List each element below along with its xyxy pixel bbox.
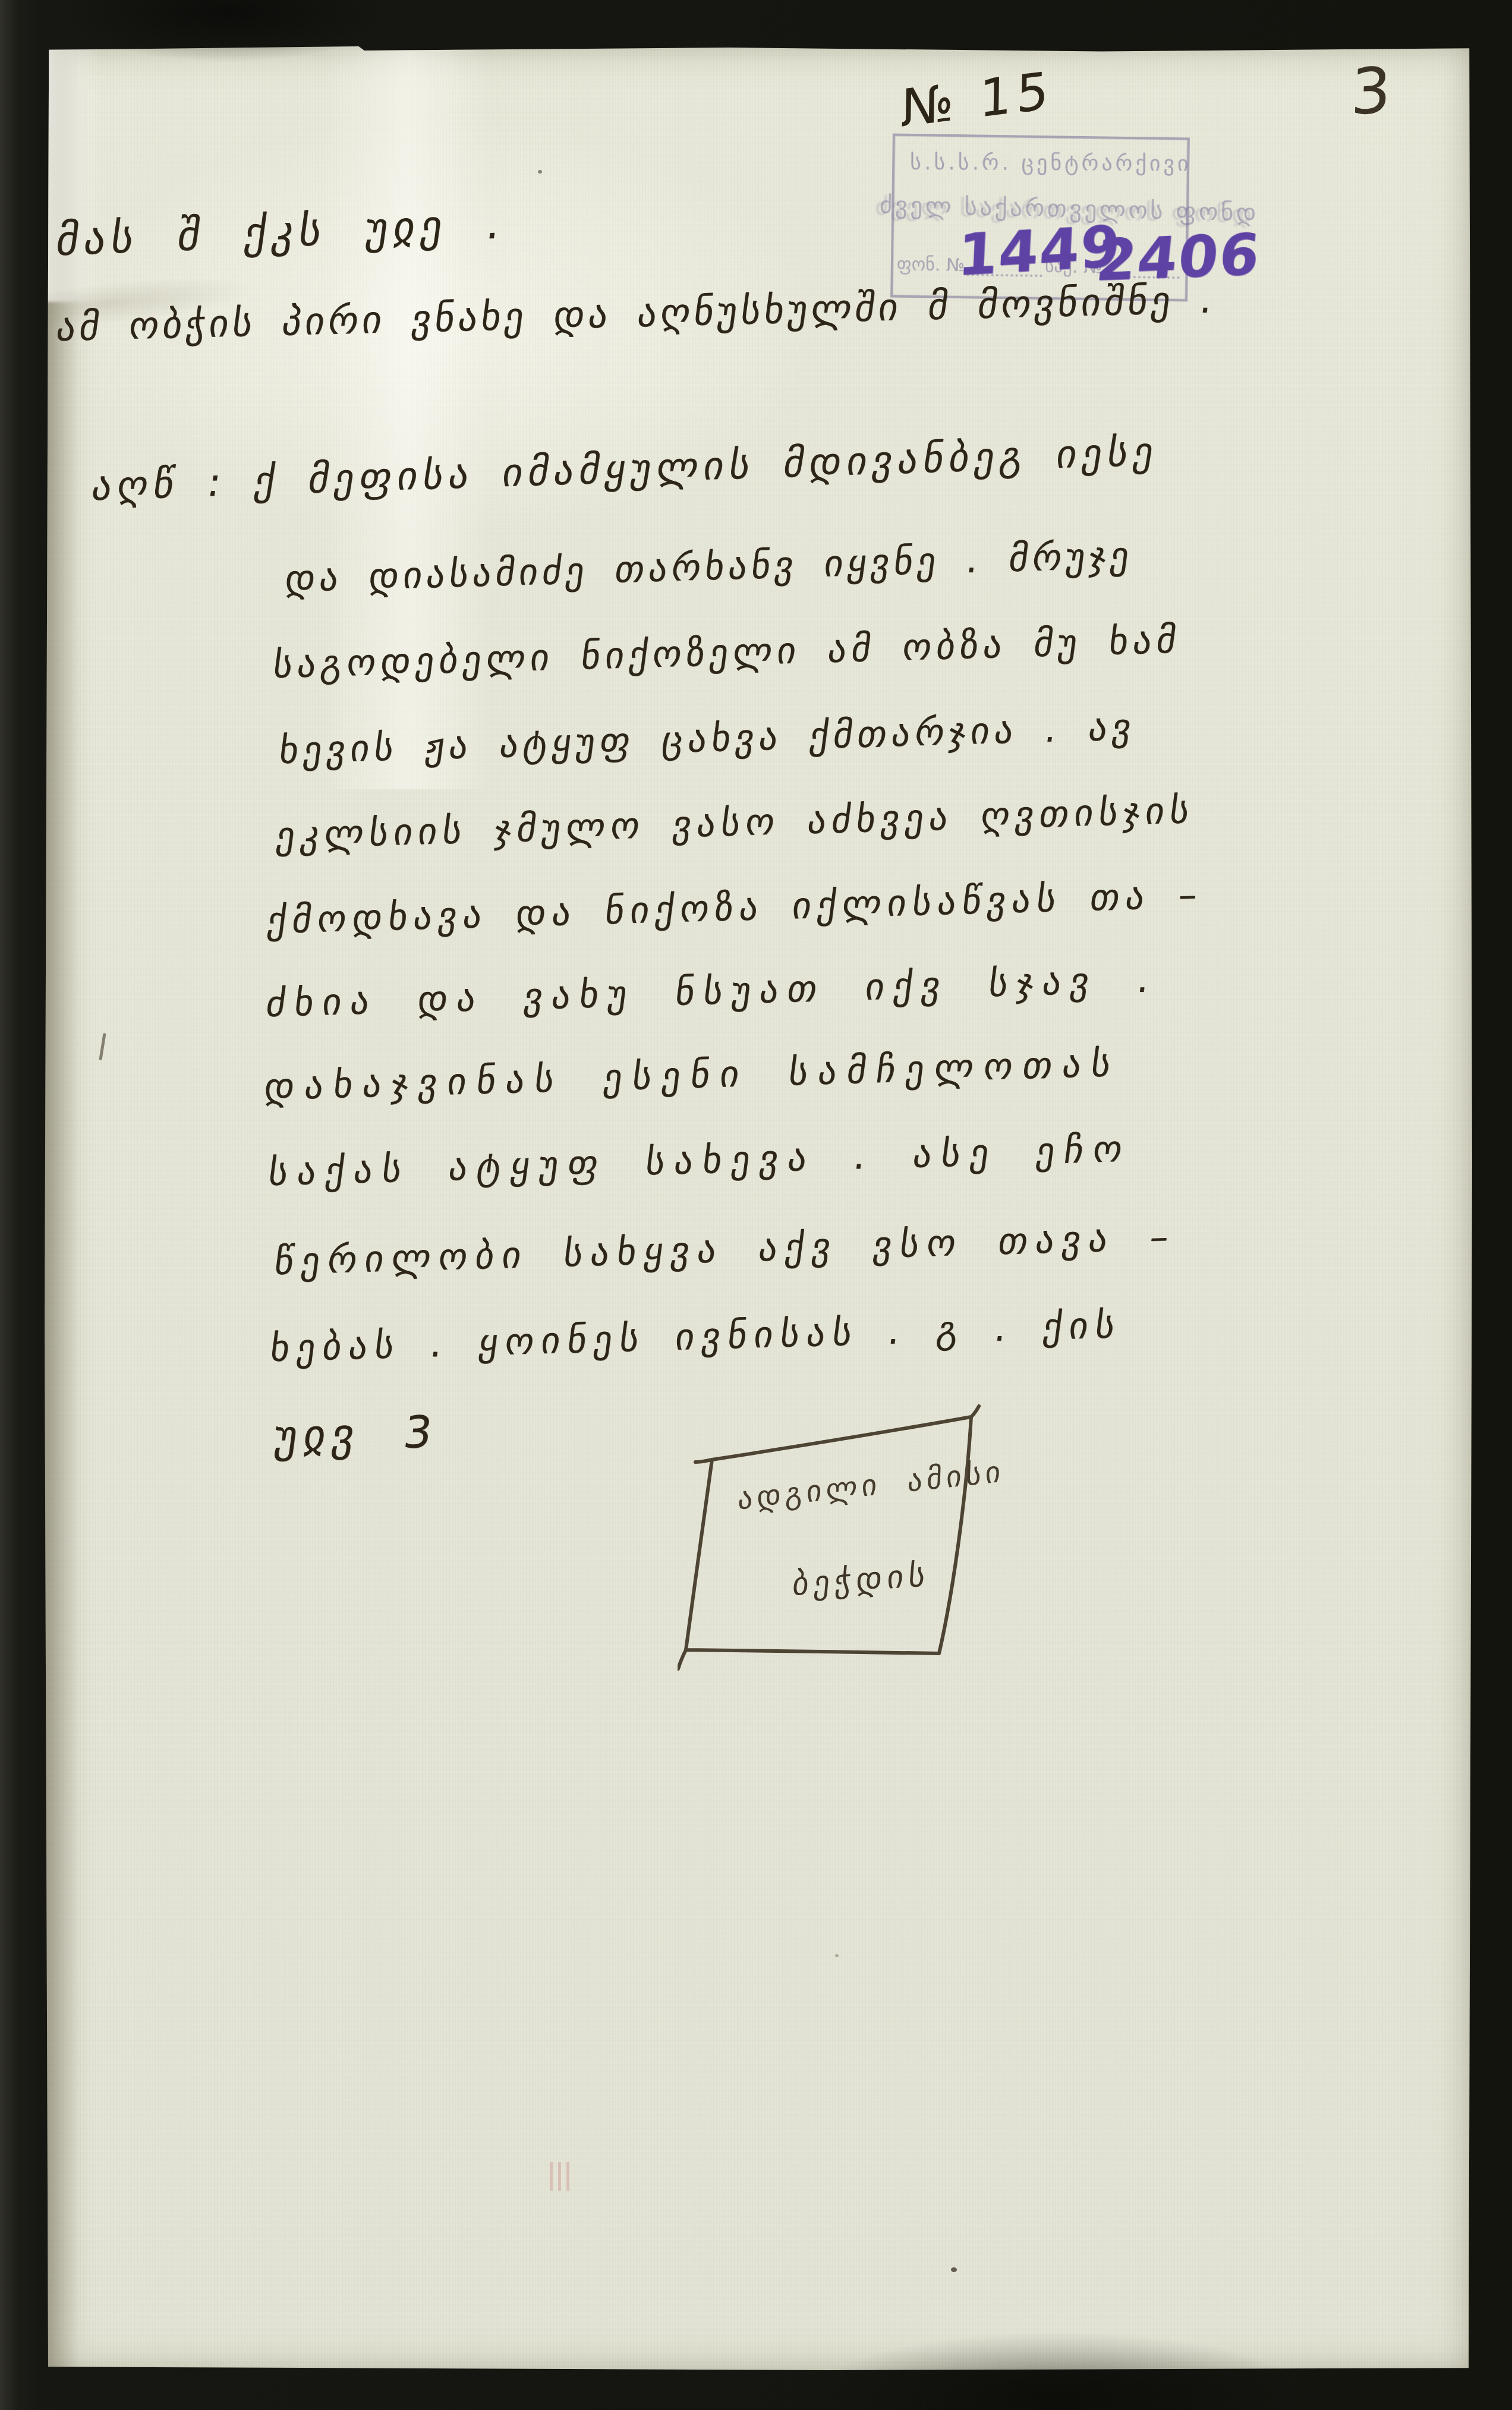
archive-stamp: ს.ს.ს.რ. ცენტრარქივი ძველ საქართველოს ფო…: [890, 134, 1190, 302]
paper-edge-shadow: [45, 46, 79, 2371]
archival-scan-background: { "page": { "folio_number": "3", "docume…: [0, 0, 1512, 2410]
handwritten-line: ძხია და ვახუ ნსუათ იქვ სჯავ .: [264, 960, 1161, 1022]
handwritten-line: აღწ : ქ მეფისა იმამყულის მდივანბეგ იესე: [89, 431, 1162, 506]
stamp-fond-label: ფონ. №: [897, 254, 965, 276]
handwritten-line: დახაჯვინას ესენი სამჩელოთას: [262, 1045, 1123, 1105]
seal-box-outline: [678, 1403, 987, 1676]
handwritten-line: წერილობი სახყვა აქვ ვსო თავა –: [272, 1218, 1179, 1281]
stamp-institution-line: ს.ს.ს.რ. ცენტრარქივი: [910, 150, 1171, 176]
archival-scan: № 15 3 ს.ს.ს.რ. ცენტრარქივი ძველ საქართვ…: [0, 0, 1512, 2410]
handwritten-line: ქმოდხავა და ნიქოზა იქლისაწვას თა –: [265, 876, 1205, 939]
handwritten-line: უჲვ 3: [272, 1410, 440, 1458]
folio-number: 3: [1350, 53, 1393, 129]
margin-ink-tick: [99, 1033, 106, 1060]
handwritten-line: ხებას . ყოინეს ივნისას . გ . ქის: [268, 1306, 1124, 1367]
document-number: № 15: [900, 61, 1054, 139]
faint-red-watermark: [550, 2162, 569, 2191]
manuscript-page: № 15 3 ს.ს.ს.რ. ცენტრარქივი ძველ საქართვ…: [45, 46, 1472, 2371]
handwritten-line: ეკლსიის ჯმულო ვასო აძხვეა ღვთისჯის: [274, 792, 1197, 854]
paper-speck: [538, 170, 542, 174]
paper-speck: [835, 1954, 839, 1957]
ink-speck: [951, 2267, 957, 2272]
handwritten-line: საქას ატყუფ სახევა . ასე ეჩო: [266, 1130, 1134, 1191]
